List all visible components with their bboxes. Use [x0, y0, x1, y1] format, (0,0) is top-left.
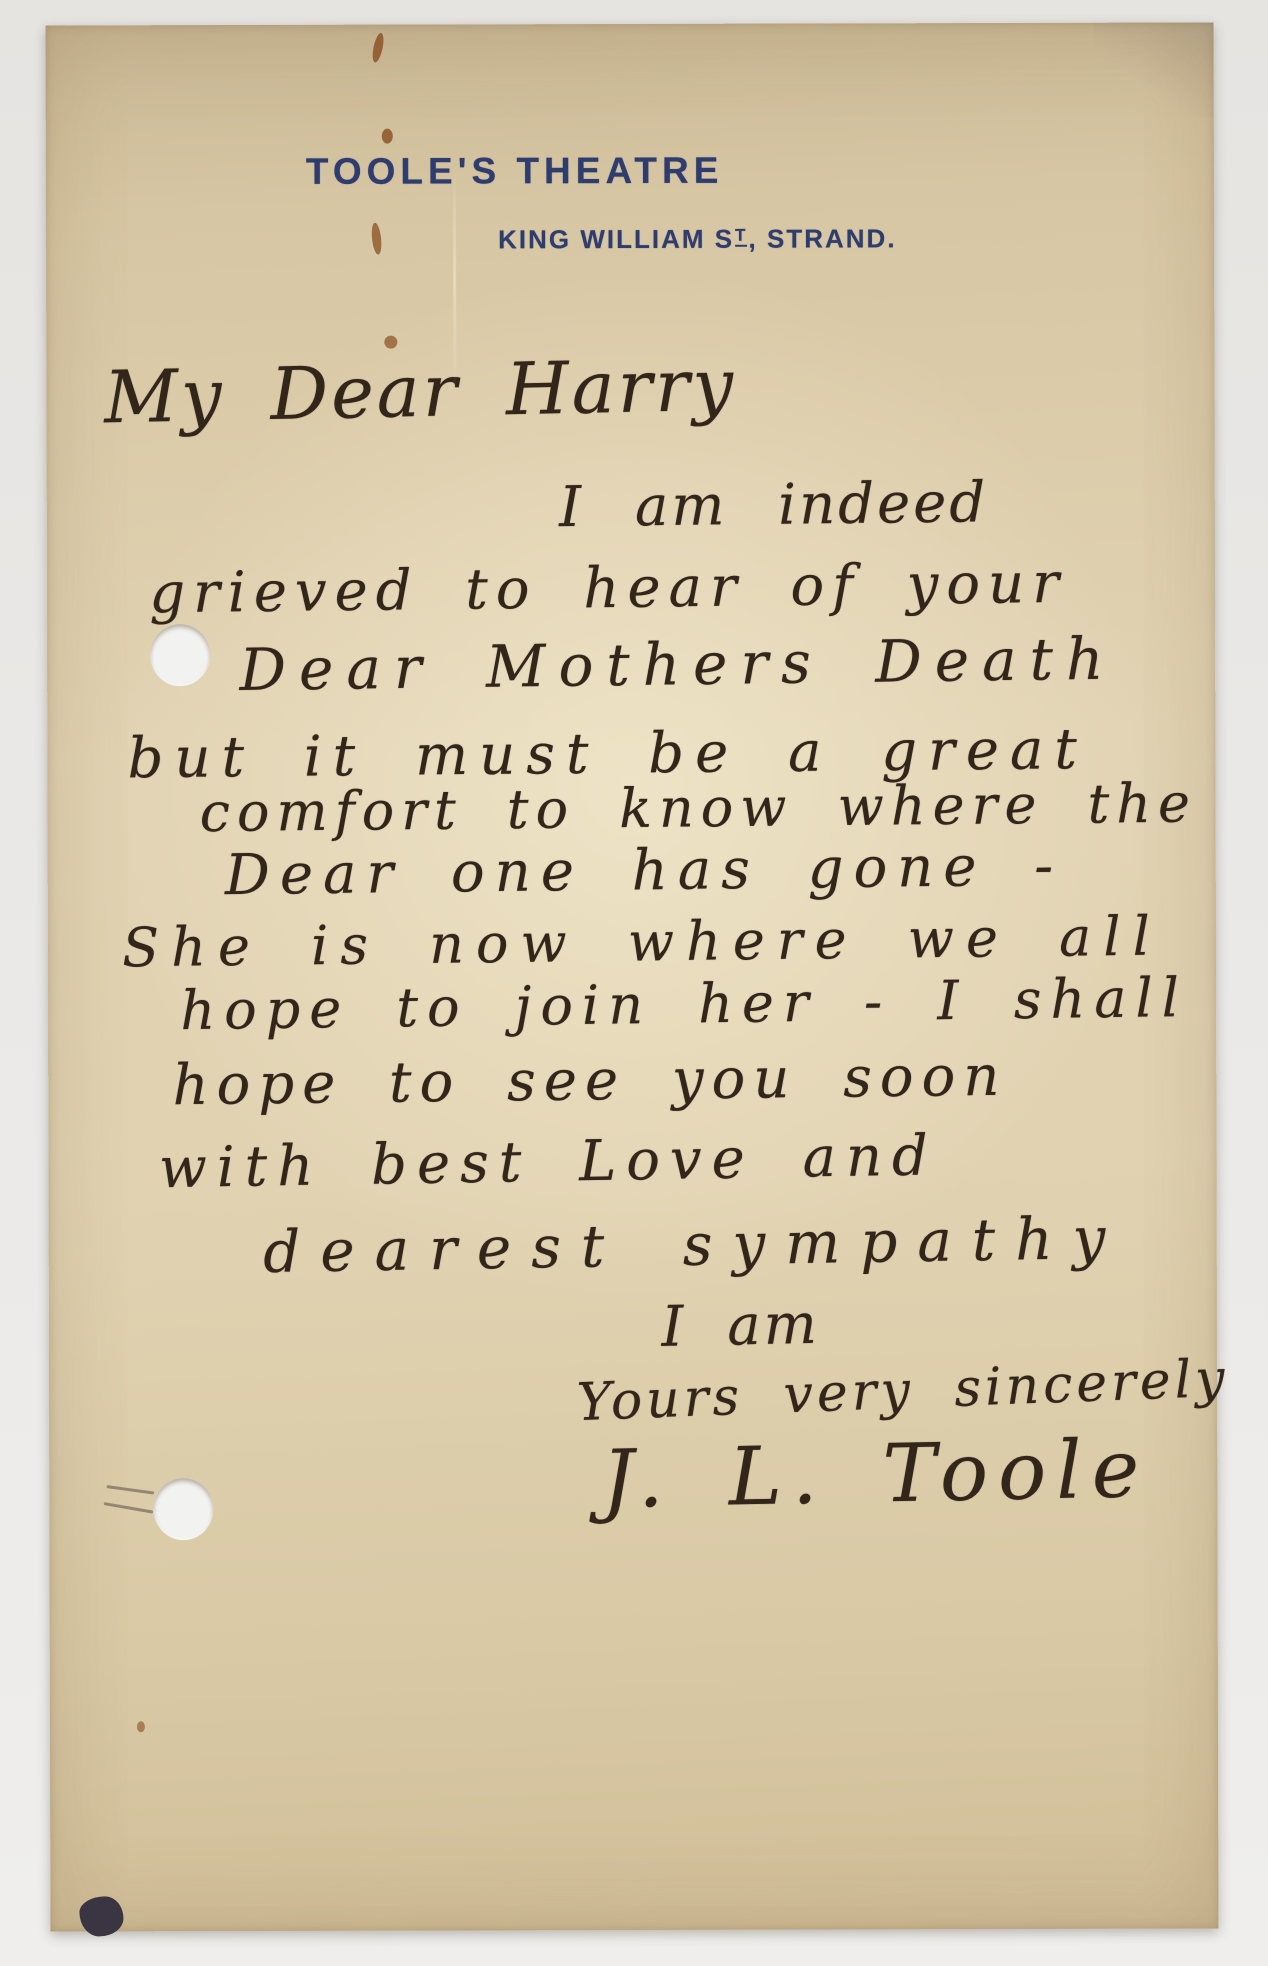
hole-punch-bottom — [153, 1478, 213, 1540]
handwritten-line: with best Love and — [158, 1128, 938, 1197]
handwritten-line: She is now where we all — [122, 910, 1162, 976]
handwritten-line: Dear one has gone - — [225, 839, 1064, 905]
handwritten-line: I am indeed — [559, 475, 989, 536]
handwritten-line: grieved to hear of your — [149, 556, 1067, 622]
handwritten-line: comfort to know where the — [199, 777, 1197, 841]
pencil-mark — [106, 1485, 154, 1495]
handwritten-line-closing: Yours very sincerely — [576, 1353, 1229, 1429]
rust-stain — [137, 1721, 145, 1732]
letterhead-address-superscript: T — [735, 227, 748, 247]
handwritten-line: Dear Mothers Death — [239, 630, 1117, 699]
rust-stain — [382, 129, 393, 144]
photo-background: TOOLE'S THEATRE KING WILLIAM ST, STRAND.… — [0, 0, 1268, 1966]
handwritten-signature: J. L. Toole — [601, 1429, 1150, 1520]
letter-page: TOOLE'S THEATRE KING WILLIAM ST, STRAND.… — [46, 22, 1219, 1931]
rust-stain — [371, 32, 386, 63]
ink-blot — [79, 1896, 123, 1936]
handwritten-line-salutation: My Dear Harry — [103, 349, 736, 434]
paper-crease — [453, 164, 457, 394]
hole-punch-top — [150, 624, 210, 686]
letterhead-address: KING WILLIAM ST, STRAND. — [498, 223, 897, 255]
letterhead-title: TOOLE'S THEATRE — [306, 150, 724, 193]
handwritten-line: hope to join her - I shall — [180, 971, 1188, 1038]
corner-smudge — [1094, 22, 1214, 117]
rust-stain — [384, 336, 397, 349]
handwritten-line-closing: I am — [661, 1297, 821, 1356]
letterhead-address-part1: KING WILLIAM S — [498, 224, 734, 255]
rust-stain — [370, 222, 382, 255]
pencil-mark — [103, 1502, 153, 1514]
handwritten-line: hope to see you soon — [172, 1049, 1007, 1114]
letterhead-address-part2: , STRAND. — [748, 223, 896, 253]
handwritten-line: dearest sympathy — [263, 1209, 1126, 1281]
